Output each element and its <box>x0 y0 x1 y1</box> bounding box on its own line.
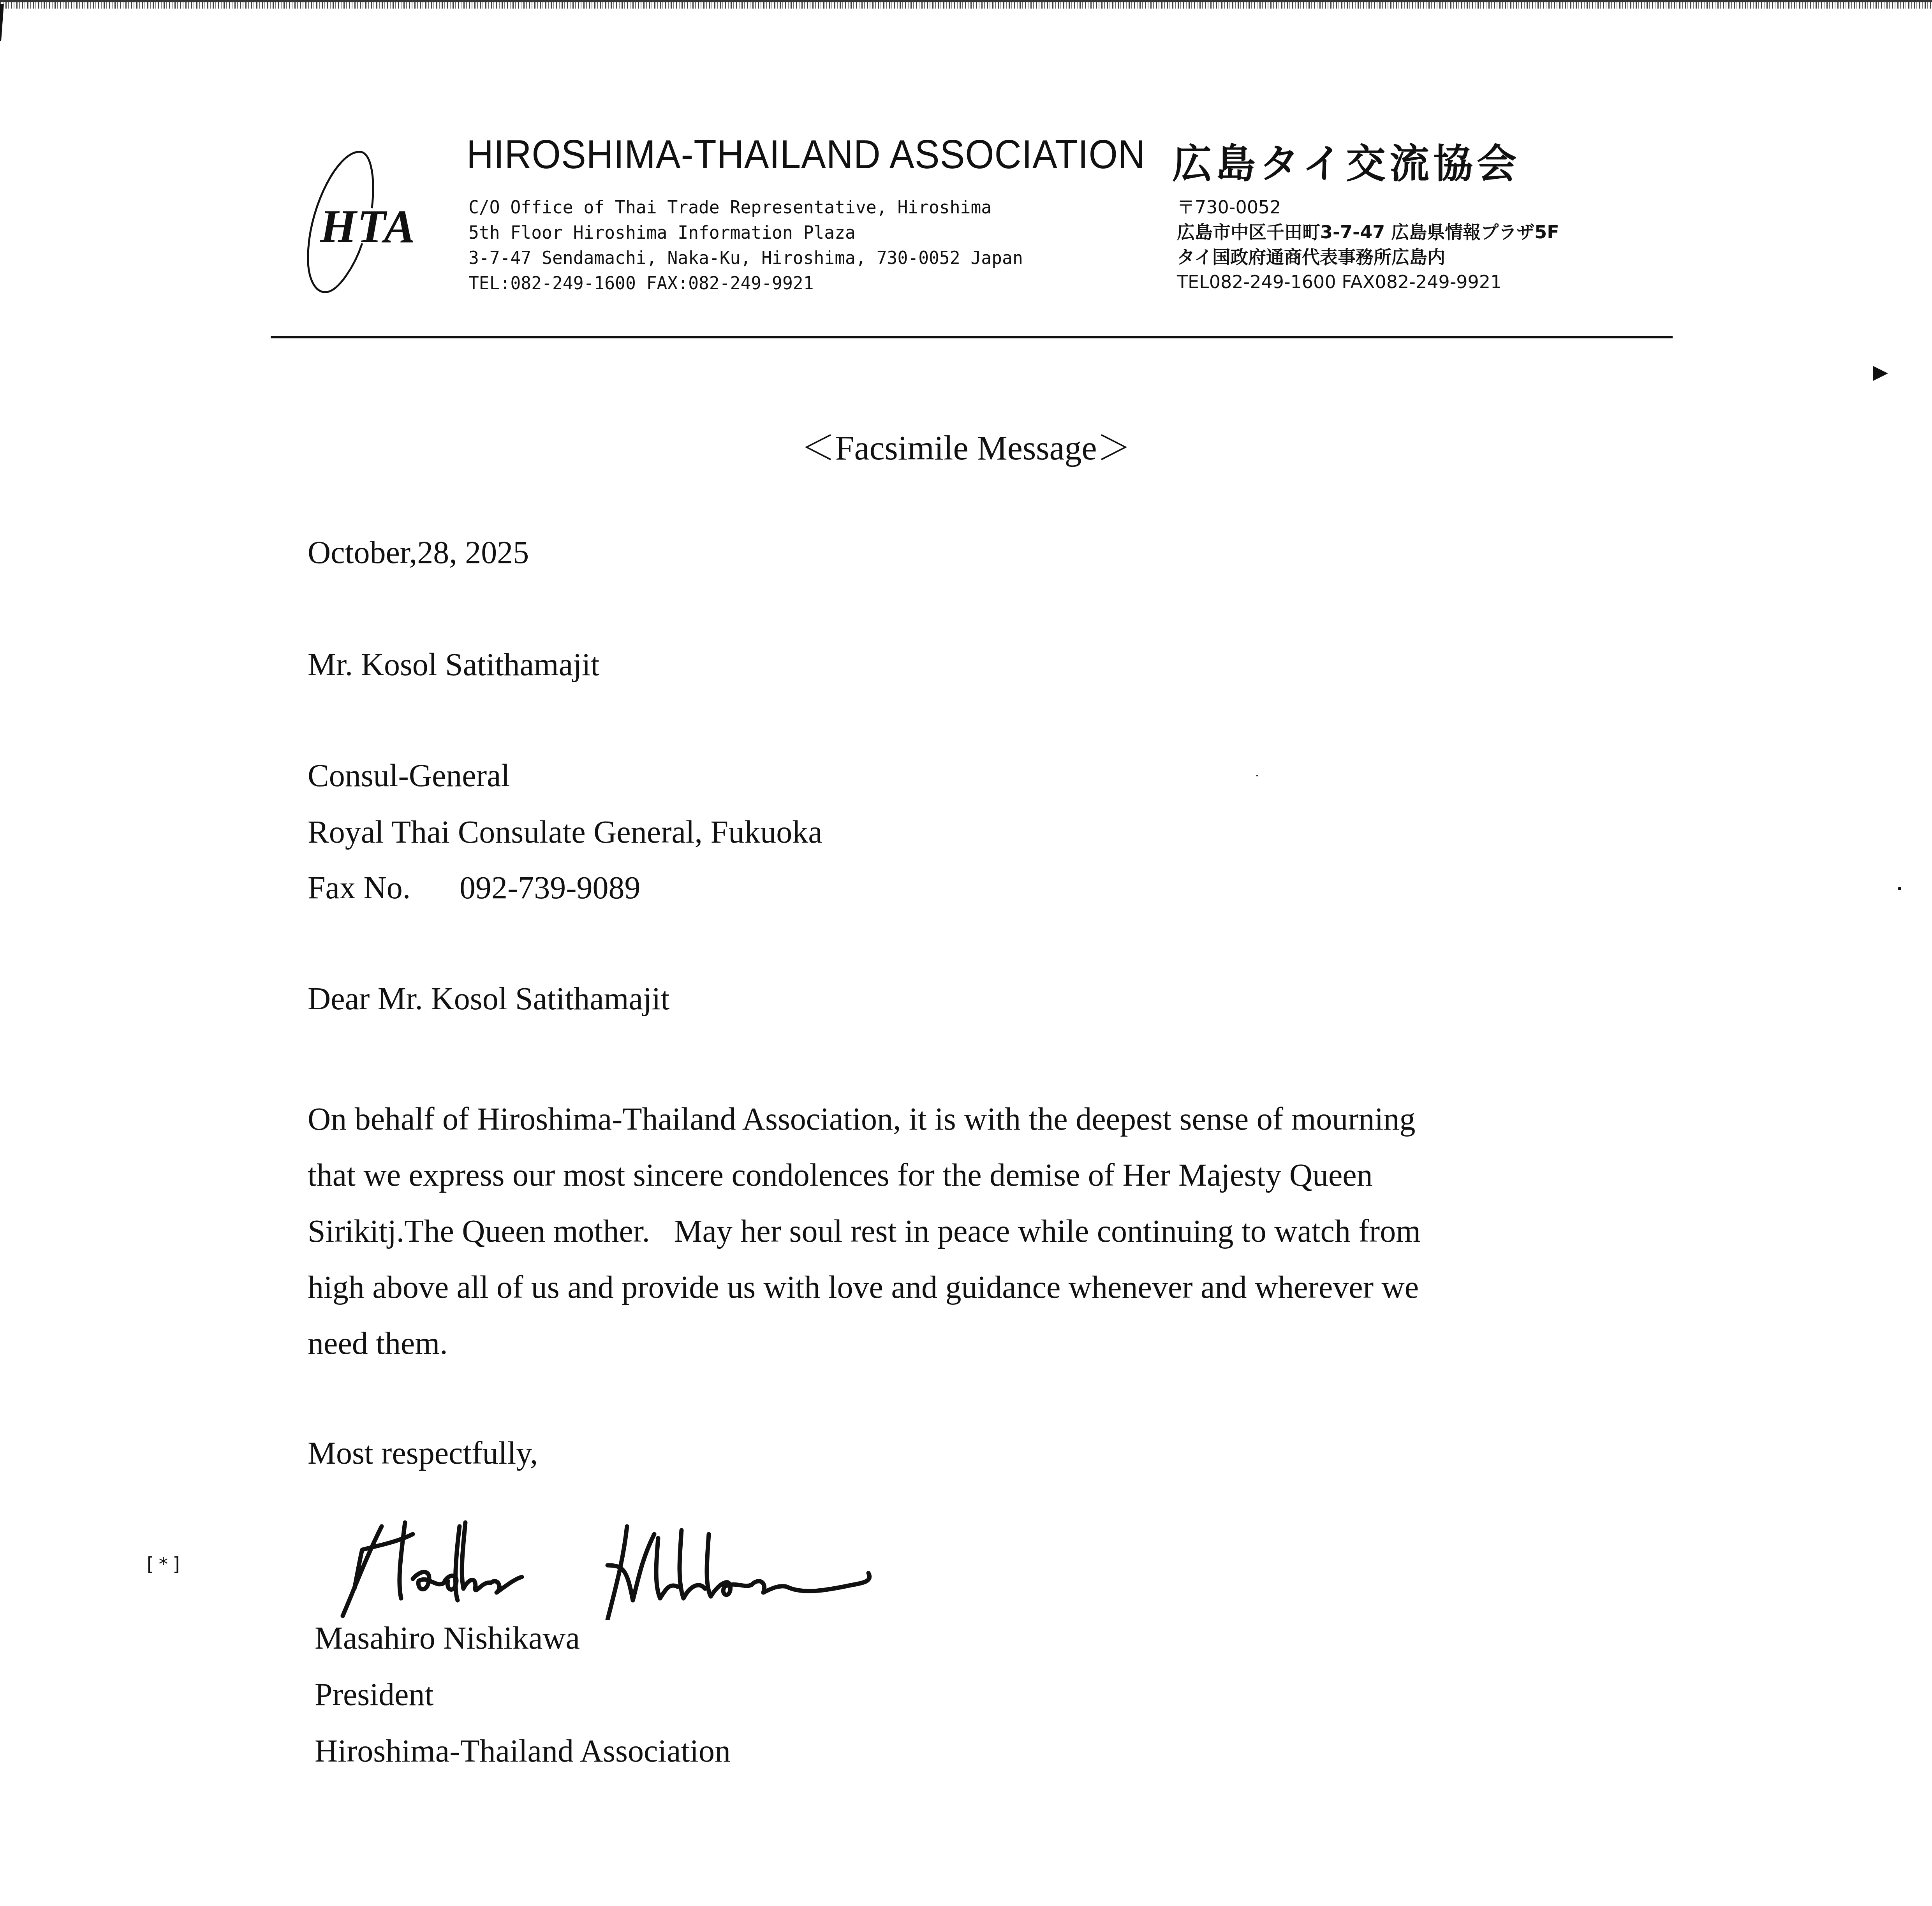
addressee-title: Consul-General <box>308 757 510 794</box>
logo-text: HTA <box>320 200 416 253</box>
fax-speck <box>1898 887 1901 890</box>
body-line: need them. <box>308 1315 1632 1371</box>
addressee-organization: Royal Thai Consulate General, Fukuoka <box>308 814 822 850</box>
address-ja-line: タイ国政府通商代表事務所広島内 <box>1177 245 1559 269</box>
body-line: that we express our most sincere condole… <box>308 1147 1632 1203</box>
letter-date: October,28, 2025 <box>308 534 529 571</box>
signer-organization: Hiroshima-Thailand Association <box>315 1733 731 1769</box>
body-line: high above all of us and provide us with… <box>308 1259 1632 1315</box>
letterhead-divider <box>271 336 1673 338</box>
address-ja-line: TEL082-249-1600 FAX082-249-9921 <box>1177 269 1559 294</box>
handwritten-signature <box>319 1511 942 1620</box>
addressee-fax: Fax No.092-739-9089 <box>308 869 641 906</box>
salutation: Dear Mr. Kosol Satithamajit <box>308 980 669 1017</box>
address-japanese: 〒730-0052 広島市中区千田町3-7-47 広島県情報プラザ5F タイ国政… <box>1177 195 1559 294</box>
org-name-english: HIROSHIMA-THAILAND ASSOCIATION <box>467 132 1145 178</box>
address-english: C/O Office of Thai Trade Representative,… <box>468 195 1023 296</box>
title-open-bracket: ＜ <box>801 428 835 468</box>
document-title: ＜Facsimile Message＞ <box>0 421 1932 470</box>
org-name-japanese: 広島タイ交流協会 <box>1172 132 1520 189</box>
fax-label: Fax No. <box>308 869 460 906</box>
signer-role: President <box>315 1676 433 1713</box>
hta-logo: HTA <box>300 138 417 298</box>
fax-number: 092-739-9089 <box>460 870 641 905</box>
signature-scribble-icon <box>319 1511 942 1620</box>
body-line: Sirikitj.The Queen mother. May her soul … <box>308 1203 1632 1259</box>
address-ja-line: 広島市中区千田町3-7-47 広島県情報プラザ5F <box>1177 220 1559 245</box>
fax-speck <box>1256 775 1258 776</box>
signature-mark: [*] <box>144 1554 185 1575</box>
address-en-line: 3-7-47 Sendamachi, Naka-Ku, Hiroshima, 7… <box>468 245 1023 271</box>
title-close-bracket: ＞ <box>1097 428 1131 468</box>
closing: Most respectfully, <box>308 1435 538 1471</box>
fax-page-marker-triangle-icon <box>1873 366 1888 381</box>
letter-body: On behalf of Hiroshima-Thailand Associat… <box>308 1091 1632 1371</box>
address-en-line: TEL:082-249-1600 FAX:082-249-9921 <box>468 271 1023 296</box>
address-en-line: 5th Floor Hiroshima Information Plaza <box>468 220 1023 245</box>
letterhead: HTA HIROSHIMA-THAILAND ASSOCIATION C/O O… <box>0 0 1932 343</box>
address-en-line: C/O Office of Thai Trade Representative,… <box>468 195 1023 220</box>
address-ja-line: 〒730-0052 <box>1177 195 1559 220</box>
addressee-name: Mr. Kosol Satithamajit <box>308 646 599 683</box>
signer-name: Masahiro Nishikawa <box>315 1620 580 1656</box>
title-text: Facsimile Message <box>835 429 1097 467</box>
body-line: On behalf of Hiroshima-Thailand Associat… <box>308 1091 1632 1147</box>
